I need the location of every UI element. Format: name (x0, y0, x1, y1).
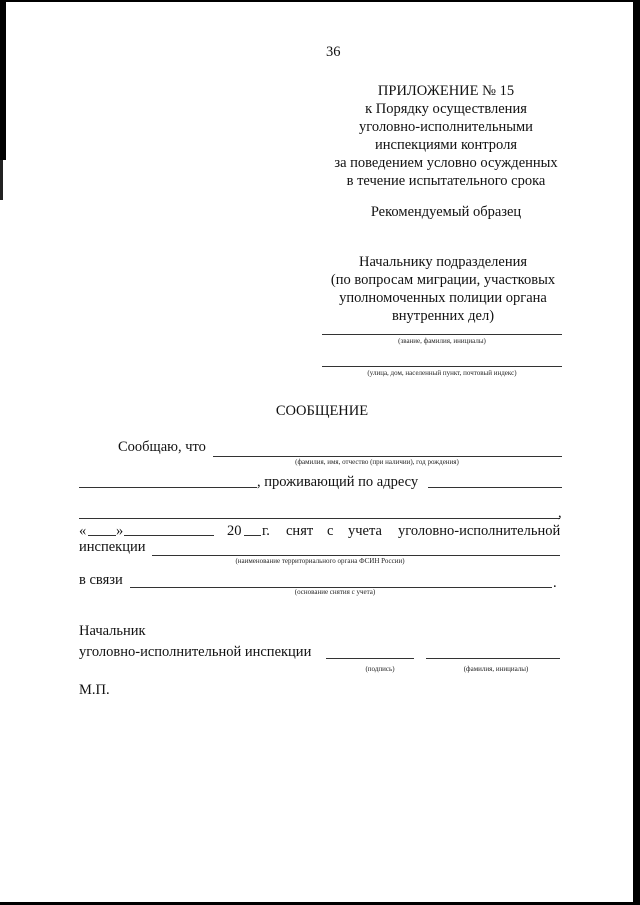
addressee-line: внутренних дел) (392, 307, 494, 325)
addressee-rank-name-field[interactable] (322, 334, 562, 335)
sample-note: Рекомендуемый образец (371, 203, 521, 221)
scan-border-top (0, 0, 640, 2)
addressee-line: Начальнику подразделения (359, 253, 527, 271)
addressee-line: уполномоченных полиции органа (339, 289, 547, 307)
month-field[interactable] (124, 535, 214, 536)
signatory-name-field[interactable] (426, 658, 560, 659)
scan-border-right (633, 0, 640, 905)
removed-word: с (327, 522, 333, 540)
reason-label: в связи (79, 571, 123, 589)
removed-word: уголовно-исполнительной (398, 522, 560, 540)
appendix-line: к Порядку осуществления (365, 100, 527, 118)
residing-label: , проживающий по адресу (257, 473, 418, 491)
page-number: 36 (326, 43, 341, 61)
report-label: Сообщаю, что (118, 438, 206, 456)
signature-field[interactable] (326, 658, 414, 659)
inspection-label: инспекции (79, 538, 145, 556)
appendix-line: в течение испытательного срока (347, 172, 546, 190)
reason-period: . (553, 574, 557, 592)
appendix-line: за поведением условно осужденных (334, 154, 557, 172)
year-prefix: 20 (227, 522, 242, 540)
address-continued-field[interactable] (79, 518, 560, 519)
person-continued-field[interactable] (79, 487, 257, 488)
scan-border-left-faded (0, 160, 3, 200)
inspection-caption: (наименование территориального органа ФС… (235, 557, 404, 565)
removed-word: снят (286, 522, 313, 540)
addressee-line: (по вопросам миграции, участковых (331, 271, 555, 289)
seal-place: М.П. (79, 681, 110, 699)
address-comma: , (558, 504, 562, 522)
year-suffix: г. (262, 522, 270, 540)
addressee-address-caption: (улица, дом, населенный пункт, почтовый … (367, 369, 516, 377)
signatory-title-line2: уголовно-исполнительной инспекции (79, 643, 311, 661)
appendix-line: уголовно-исполнительными (359, 118, 533, 136)
removed-word: учета (348, 522, 382, 540)
addressee-rank-name-caption: (звание, фамилия, инициалы) (398, 337, 486, 345)
appendix-title: ПРИЛОЖЕНИЕ № 15 (378, 82, 514, 100)
addressee-address-field[interactable] (322, 366, 562, 367)
person-caption: (фамилия, имя, отчество (при наличии), г… (295, 458, 459, 466)
year-field[interactable] (244, 535, 261, 536)
reason-caption: (основание снятия с учета) (295, 588, 375, 596)
person-field[interactable] (213, 456, 562, 457)
signatory-name-caption: (фамилия, инициалы) (464, 665, 529, 673)
day-field[interactable] (88, 535, 116, 536)
appendix-line: инспекциями контроля (375, 136, 517, 154)
inspection-field[interactable] (152, 555, 560, 556)
address-field[interactable] (428, 487, 562, 488)
signatory-title: Начальник (79, 622, 146, 640)
scan-border-left (0, 0, 6, 160)
signature-caption: (подпись) (365, 665, 394, 673)
message-title: СООБЩЕНИЕ (276, 402, 368, 420)
